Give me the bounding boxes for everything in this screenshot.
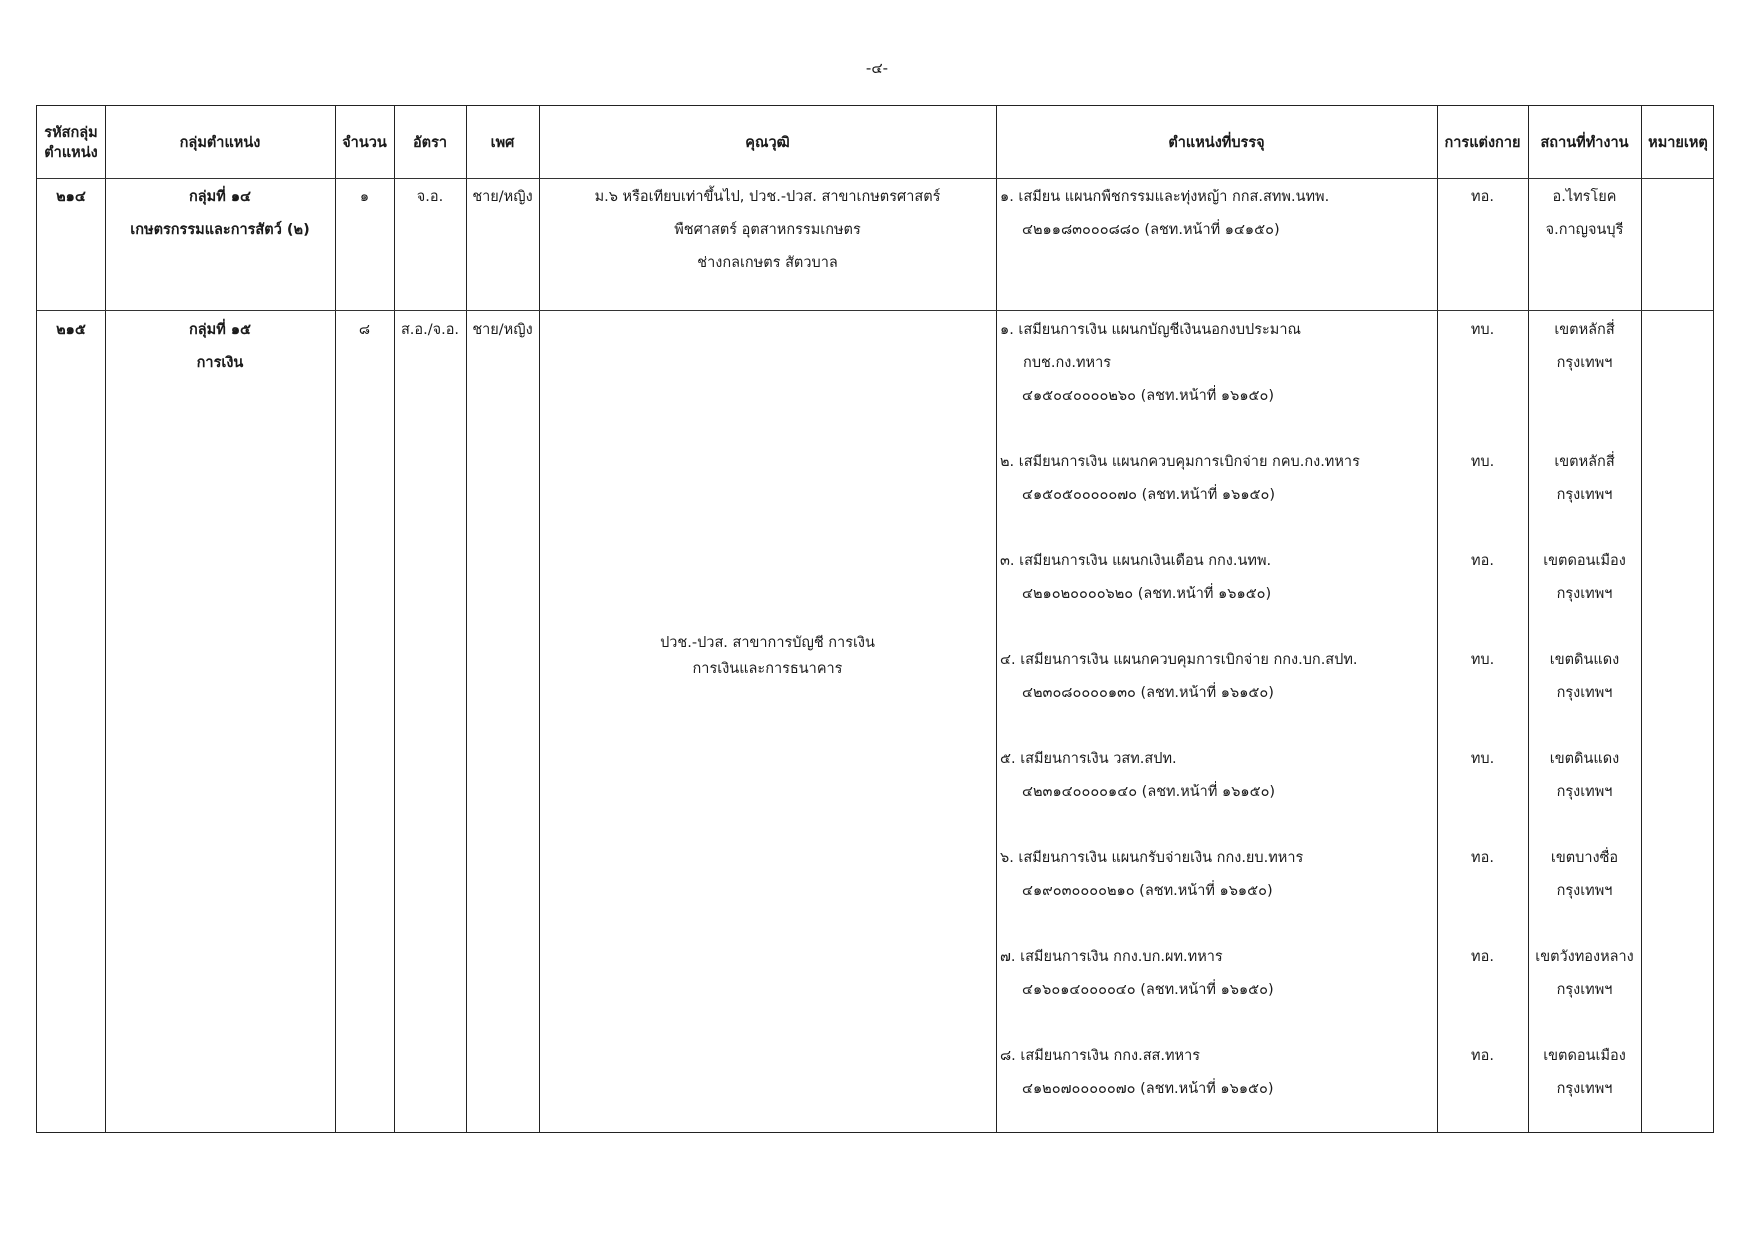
recruitment-table: รหัสกลุ่ม ตำแหน่ง กลุ่มตำแหน่ง จำนวน อัต… (36, 105, 1714, 1133)
qualification-line: การเงินและการธนาคาร (539, 656, 996, 682)
header-code: รหัสกลุ่ม ตำแหน่ง (37, 106, 105, 179)
column-divider (1437, 106, 1438, 1132)
qualification-line: ปวช.-ปวส. สาขาการบัญชี การเงิน (539, 630, 996, 656)
header-qualification: คุณวุฒิ (539, 106, 996, 179)
row-code: ๒๑๔ (37, 181, 105, 214)
row-code: ๒๑๕ (37, 314, 105, 347)
position-code: ๔๒๓๑๔๐๐๐๐๑๔๐ (ลชท.หน้าที่ ๑๖๑๕๐) (1022, 776, 1275, 809)
workplace: กรุงเทพฯ (1528, 776, 1641, 809)
position-code: ๔๑๙๐๓๐๐๐๐๒๑๐ (ลชท.หน้าที่ ๑๖๑๕๐) (1022, 875, 1273, 908)
workplace: กรุงเทพฯ (1528, 1073, 1641, 1106)
uniform: ทอ. (1437, 545, 1528, 578)
workplace: เขตวังทองหลาง (1528, 941, 1641, 974)
position-code: ๔๑๕๐๔๐๐๐๐๒๖๐ (ลชท.หน้าที่ ๑๖๑๕๐) (1022, 380, 1274, 413)
position-title: ๗. เสมียนการเงิน กกง.บก.ผท.ทหาร (1000, 941, 1223, 974)
gender: ชาย/หญิง (466, 181, 539, 214)
uniform: ทบ. (1437, 644, 1528, 677)
column-divider (466, 106, 467, 1132)
qualification-line: ช่างกลเกษตร สัตวบาล (539, 247, 996, 280)
page-number: -๔- (0, 56, 1754, 80)
group-title: กลุ่มที่ ๑๕ (105, 314, 335, 347)
uniform: ทบ. (1437, 314, 1528, 347)
workplace: จ.กาญจนบุรี (1528, 214, 1641, 247)
group-title: กลุ่มที่ ๑๔ (105, 181, 335, 214)
header-gender: เพศ (466, 106, 539, 179)
workplace: เขตหลักสี่ (1528, 314, 1641, 347)
uniform: ทอ. (1437, 181, 1528, 214)
qualification-line: ม.๖ หรือเทียบเท่าขึ้นไป, ปวช.-ปวส. สาขาเ… (539, 181, 996, 214)
qualification-line: พืชศาสตร์ อุตสาหกรรมเกษตร (539, 214, 996, 247)
header-count: จำนวน (335, 106, 394, 179)
workplace: กรุงเทพฯ (1528, 479, 1641, 512)
workplace: เขตหลักสี่ (1528, 446, 1641, 479)
workplace: กรุงเทพฯ (1528, 677, 1641, 710)
column-divider (996, 106, 997, 1132)
count: ๘ (335, 314, 394, 347)
count: ๑ (335, 181, 394, 214)
header-remark: หมายเหตุ (1641, 106, 1715, 179)
position-title: ๑. เสมียนการเงิน แผนกบัญชีเงินนอกงบประมา… (1000, 314, 1301, 347)
uniform: ทอ. (1437, 941, 1528, 974)
header-group: กลุ่มตำแหน่ง (105, 106, 335, 179)
header-rate: อัตรา (394, 106, 466, 179)
position-title: ๘. เสมียนการเงิน กกง.สส.ทหาร (1000, 1040, 1200, 1073)
uniform: ทบ. (1437, 743, 1528, 776)
workplace: กรุงเทพฯ (1528, 875, 1641, 908)
workplace: กรุงเทพฯ (1528, 578, 1641, 611)
workplace: อ.ไทรโยค (1528, 181, 1641, 214)
header-position: ตำแหน่งที่บรรจุ (996, 106, 1437, 179)
workplace: เขตดอนเมือง (1528, 1040, 1641, 1073)
column-divider (335, 106, 336, 1132)
position-title: กบช.กง.ทหาร (1000, 347, 1111, 380)
position-title: ๖. เสมียนการเงิน แผนกรับจ่ายเงิน กกง.ยบ.… (1000, 842, 1303, 875)
position-code: ๔๒๑๐๒๐๐๐๐๖๒๐ (ลชท.หน้าที่ ๑๖๑๕๐) (1022, 578, 1271, 611)
position-code: ๔๑๒๐๗๐๐๐๐๐๗๐ (ลชท.หน้าที่ ๑๖๑๕๐) (1022, 1073, 1274, 1106)
column-divider (394, 106, 395, 1132)
position-code: ๔๒๓๐๘๐๐๐๐๑๓๐ (ลชท.หน้าที่ ๑๖๑๕๐) (1022, 677, 1274, 710)
position-title: ๒. เสมียนการเงิน แผนกควบคุมการเบิกจ่าย ก… (1000, 446, 1360, 479)
uniform: ทบ. (1437, 446, 1528, 479)
group-subtitle: การเงิน (105, 347, 335, 380)
group-subtitle: เกษตรกรรมและการสัตว์ (๒) (105, 214, 335, 247)
position-title: ๔. เสมียนการเงิน แผนกควบคุมการเบิกจ่าย ก… (1000, 644, 1358, 677)
position-code: ๔๑๖๐๑๔๐๐๐๐๔๐ (ลชท.หน้าที่ ๑๖๑๕๐) (1022, 974, 1274, 1007)
workplace: เขตบางซื่อ (1528, 842, 1641, 875)
position-code: ๔๑๕๐๕๐๐๐๐๐๗๐ (ลชท.หน้าที่ ๑๖๑๕๐) (1022, 479, 1275, 512)
position-title: ๑. เสมียน แผนกพืชกรรมและทุ่งหญ้า กกส.สทพ… (1000, 181, 1329, 214)
workplace: เขตดินแดง (1528, 644, 1641, 677)
header-uniform: การแต่งกาย (1437, 106, 1528, 179)
column-divider (105, 106, 106, 1132)
header-workplace: สถานที่ทำงาน (1528, 106, 1641, 179)
workplace: กรุงเทพฯ (1528, 974, 1641, 1007)
workplace: เขตดอนเมือง (1528, 545, 1641, 578)
workplace: เขตดินแดง (1528, 743, 1641, 776)
gender: ชาย/หญิง (466, 314, 539, 347)
rate: ส.อ./จ.อ. (394, 314, 466, 347)
position-title: ๓. เสมียนการเงิน แผนกเงินเดือน กกง.นทพ. (1000, 545, 1271, 578)
rate: จ.อ. (394, 181, 466, 214)
workplace: กรุงเทพฯ (1528, 347, 1641, 380)
column-divider (1641, 106, 1642, 1132)
position-title: ๕. เสมียนการเงิน วสท.สปท. (1000, 743, 1177, 776)
position-code: ๔๒๑๑๘๓๐๐๐๘๘๐ (ลชท.หน้าที่ ๑๔๑๕๐) (1022, 214, 1280, 247)
uniform: ทอ. (1437, 842, 1528, 875)
row-divider (37, 310, 1713, 311)
uniform: ทอ. (1437, 1040, 1528, 1073)
